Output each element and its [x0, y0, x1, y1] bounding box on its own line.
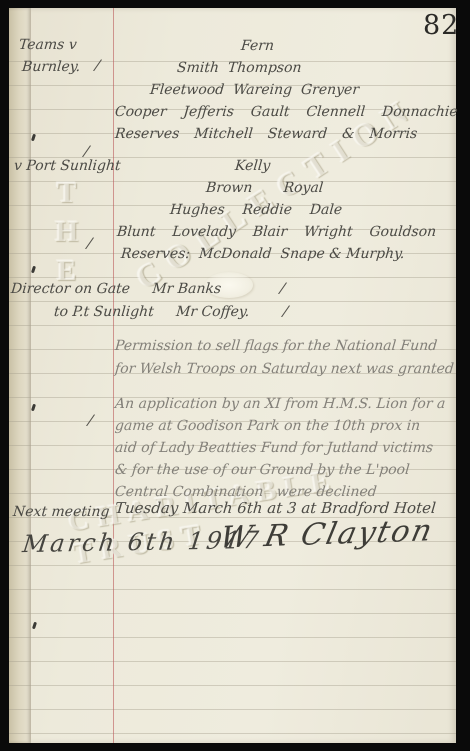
margin-note-teams: Teams v — [18, 38, 77, 52]
tick-mark: / — [87, 411, 95, 430]
next-meeting-line: Tuesday March 6th at 3 at Bradford Hotel — [114, 501, 436, 516]
minute-line: & for the use of our Ground by the L'poo… — [114, 463, 410, 477]
director-gate-line: Director on Gate Mr Banks — [10, 282, 221, 296]
team-line: Fern — [240, 39, 274, 53]
chairman-signature: W R Clayton — [217, 516, 436, 553]
page-number: 82 — [423, 10, 459, 41]
team-line: Kelly — [234, 159, 270, 173]
director-gate-line: to P.t Sunlight Mr Coffey. — [53, 305, 250, 319]
watermark-the: THE — [49, 176, 83, 293]
binding-edge — [9, 8, 31, 743]
minute-line: An application by an XI from H.M.S. Lion… — [114, 397, 446, 411]
team-line: Reserves Mitchell Steward & Morris — [114, 127, 417, 141]
tick-mark: / — [94, 56, 102, 75]
ruled-lines — [9, 38, 456, 739]
minute-book-photo: THE COLLECTION CHARITABLE TRUST 82 Teams… — [0, 0, 470, 751]
minute-line: Central Combination were declined — [114, 485, 377, 499]
edge-ink-mark — [31, 266, 36, 274]
team-line: Fleetwood Wareing Grenyer — [149, 83, 359, 97]
minute-line: game at Goodison Park on the 10th prox i… — [114, 419, 420, 433]
team-line: Blunt Lovelady Blair Wright Gouldson — [116, 225, 436, 239]
tick-mark: / — [282, 302, 290, 321]
edge-ink-mark — [31, 404, 36, 412]
team-line: Reserves: McDonald Snape & Murphy. — [120, 247, 405, 261]
minute-book-page: THE COLLECTION CHARITABLE TRUST 82 Teams… — [9, 8, 456, 743]
margin-note-burnley: Burnley. — [21, 60, 81, 74]
tick-mark: / — [86, 234, 94, 253]
margin-note-next-meeting: Next meeting — [12, 505, 110, 519]
margin-note-port-sunlight: v Port Sunlight — [13, 159, 121, 173]
team-line: Brown Royal — [205, 181, 323, 195]
team-line: Cooper Jefferis Gault Clennell Donnachie — [114, 105, 458, 119]
edge-ink-mark — [32, 622, 37, 630]
team-line: Smith Thompson — [176, 61, 302, 75]
edge-ink-mark — [31, 134, 36, 142]
tick-mark: / — [279, 279, 287, 298]
minute-line: Permission to sell flags for the Nationa… — [114, 339, 437, 353]
minute-line: for Welsh Troops on Saturday next was gr… — [114, 362, 454, 376]
team-line: Hughes Reddie Dale — [169, 203, 342, 217]
minute-line: aid of Lady Beatties Fund for Jutland vi… — [114, 441, 433, 455]
